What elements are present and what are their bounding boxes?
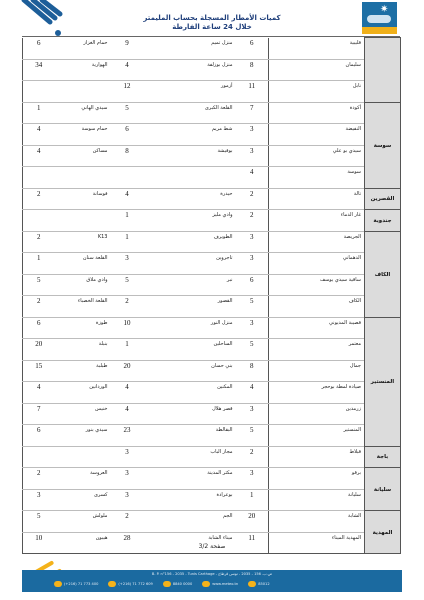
station-name-cell: سوسة (269, 167, 365, 189)
station-name-cell: تالة (269, 188, 365, 210)
station-name-cell: الهوارية (55, 59, 111, 81)
rainfall-value-cell (23, 446, 55, 468)
web-icon (202, 581, 210, 587)
table-row: سوسةأكودة7القلعة الكبرى5سيدي الهاني1 (23, 102, 401, 124)
station-name-cell: مكثر المدينة (144, 468, 236, 490)
rainfall-value-cell: 15 (23, 360, 55, 382)
station-name-cell: النفيضة (269, 124, 365, 146)
rainfall-value-cell: 4 (236, 382, 269, 404)
station-name-cell: قبلاط (269, 446, 365, 468)
station-name-cell: مجاز الباب (144, 446, 236, 468)
rainfall-value-cell: 3 (236, 145, 269, 167)
rainfall-value-cell (23, 81, 55, 103)
region-cell: المنستير (365, 317, 401, 446)
station-name-cell: نابل (269, 81, 365, 103)
rainfall-value-cell: 1 (236, 489, 269, 511)
page-footer: B. P. n°156 - 2035 - Tunis Carthage - ص.… (22, 570, 402, 592)
rainfall-value-cell: 3 (111, 253, 144, 275)
station-name-cell: ساقية سيدي يوسف (269, 274, 365, 296)
station-name-cell: الدهماني (269, 253, 365, 275)
rainfall-value-cell: 4 (23, 124, 55, 146)
rainfall-value-cell: 3 (236, 403, 269, 425)
station-name-cell: قصيبة المديوني (269, 317, 365, 339)
contact-fax: (+216) 71 772 609 (108, 581, 152, 587)
rainfall-value-cell: 1 (23, 253, 55, 275)
station-name-cell: قليبية (269, 38, 365, 60)
rainfall-value-cell: 8 (236, 59, 269, 81)
rainfall-value-cell: 8 (236, 360, 269, 382)
station-name-cell: القلعة الكبرى (144, 102, 236, 124)
rainfall-value-cell: 2 (236, 210, 269, 232)
station-name-cell: الجريصة (269, 231, 365, 253)
rainfall-value-cell: 3 (111, 446, 144, 468)
rainfall-value-cell: 7 (236, 102, 269, 124)
page-header: كميات الأمطار المسجلة بحساب المليمتر خلا… (0, 0, 424, 38)
contact-web[interactable]: www.meteo.tn (202, 581, 238, 587)
rainfall-value-cell: 5 (236, 296, 269, 318)
rainfall-value-cell: 3 (236, 317, 269, 339)
rainfall-value-cell: 6 (111, 124, 144, 146)
rainfall-value-cell: 5 (23, 511, 55, 533)
rainfall-value-cell: 3 (236, 231, 269, 253)
contact-sms: 85012 (248, 581, 269, 587)
region-cell: الكاف (365, 231, 401, 317)
station-name-cell: خنيس (55, 403, 111, 425)
station-name-cell: غار الدماء (269, 210, 365, 232)
rainfall-value-cell (23, 210, 55, 232)
call-center-icon (163, 581, 171, 587)
station-name-cell: طوزة (55, 317, 111, 339)
rainfall-value-cell: 3 (236, 468, 269, 490)
rainfall-value-cell: 3 (236, 253, 269, 275)
station-name-cell: القصور (144, 296, 236, 318)
fax-icon (108, 581, 116, 587)
sms-icon (248, 581, 256, 587)
rainfall-value-cell: 5 (111, 102, 144, 124)
rainfall-value-cell: 2 (111, 296, 144, 318)
footer-address: B. P. n°156 - 2035 - Tunis Carthage - ص.… (22, 572, 402, 576)
table-row: جندوبةغار الدماء2وادي مليز1 (23, 210, 401, 232)
station-name-cell: مساكن (55, 145, 111, 167)
station-name-cell: زرمدين (269, 403, 365, 425)
rainfall-value-cell: 4 (111, 59, 144, 81)
station-name-cell: تاجروين (144, 253, 236, 275)
station-name-cell: القلعة سنان (55, 253, 111, 275)
table-row: القصرينتالة2حيدرة4فوسانة2 (23, 188, 401, 210)
station-name-cell: القلعة الخصباء (55, 296, 111, 318)
rainfall-value-cell: 9 (111, 38, 144, 60)
rainfall-value-cell: 6 (236, 274, 269, 296)
station-name-cell: قصر هلال (144, 403, 236, 425)
station-name-cell: بني حسان (144, 360, 236, 382)
station-name-cell: العروسة (55, 468, 111, 490)
station-name-cell: وادي ملاق (55, 274, 111, 296)
station-name-cell: حمام الغزاز (55, 38, 111, 60)
rainfall-value-cell: 20 (236, 511, 269, 533)
rainfall-value-cell: 6 (23, 38, 55, 60)
station-name-cell (144, 167, 236, 189)
station-name-cell: سليمان (269, 59, 365, 81)
table-row: المنستيرقصيبة المديوني3منزل النور10طوزة6 (23, 317, 401, 339)
station-name-cell: وادي مليز (144, 210, 236, 232)
station-name-cell: الجم (144, 511, 236, 533)
rainfall-value-cell: 5 (111, 274, 144, 296)
rainfall-value-cell: 11 (236, 81, 269, 103)
station-name-cell: الكاف (269, 296, 365, 318)
table-row: نابل11أزمور12 (23, 81, 401, 103)
station-name-cell: حمام سوسة (55, 124, 111, 146)
station-name-cell: شط مريم (144, 124, 236, 146)
station-name-cell: البقالطة (144, 425, 236, 447)
rainfall-value-cell: 12 (111, 81, 144, 103)
table-row: النفيضة3شط مريم6حمام سوسة4 (23, 124, 401, 146)
rainfall-value-cell: 6 (23, 425, 55, 447)
station-name-cell: سيدي الهاني (55, 102, 111, 124)
contact-phone: (+216) 71 773 400 (54, 581, 98, 587)
station-name-cell: الوردانين (55, 382, 111, 404)
station-name-cell: K13 (55, 231, 111, 253)
rainfall-value-cell: 1 (111, 339, 144, 361)
star-icon: ✷ (380, 5, 388, 15)
rainfall-value-cell: 1 (111, 210, 144, 232)
table-row: سليانة1بوعرادة3كسرى3 (23, 489, 401, 511)
station-name-cell: نبر (144, 274, 236, 296)
table-row: قليبية6منزل تميم9حمام الغزاز6 (23, 38, 401, 60)
rainfall-value-cell: 2 (236, 446, 269, 468)
table-row: سوسة4 (23, 167, 401, 189)
rainfall-value-cell: 2 (23, 468, 55, 490)
rainfall-value-cell: 34 (23, 59, 55, 81)
rainfall-value-cell: 3 (23, 489, 55, 511)
rainfall-value-cell: 3 (111, 489, 144, 511)
station-name-cell: الساحلين (144, 339, 236, 361)
rainfall-value-cell: 23 (111, 425, 144, 447)
table-row: ساقية سيدي يوسف6نبر5وادي ملاق5 (23, 274, 401, 296)
rainfall-value-cell: 5 (236, 339, 269, 361)
logo-band (362, 27, 397, 34)
table-row: سيدي بو علي3بوفيشة8مساكن4 (23, 145, 401, 167)
station-name-cell: سيدي بو علي (269, 145, 365, 167)
rainfall-value-cell: 1 (23, 102, 55, 124)
contact-sms-text: 85012 (258, 582, 269, 586)
rainfall-value-cell: 1 (111, 231, 144, 253)
table-row: الدهماني3تاجروين3القلعة سنان1 (23, 253, 401, 275)
station-name-cell: المكنين (144, 382, 236, 404)
table-row: صيادة لمطة بوحجر4المكنين4الوردانين4 (23, 382, 401, 404)
station-name-cell: منزل النور (144, 317, 236, 339)
region-cell: القصرين (365, 188, 401, 210)
station-name-cell: فوسانة (55, 188, 111, 210)
rainfall-value-cell: 6 (23, 317, 55, 339)
rainfall-value-cell: 4 (111, 403, 144, 425)
region-cell: باجة (365, 446, 401, 468)
table-row: باجةقبلاط2مجاز الباب3 (23, 446, 401, 468)
station-name-cell: منزل تميم (144, 38, 236, 60)
rainfall-value-cell: 2 (23, 296, 55, 318)
station-name-cell: كسرى (55, 489, 111, 511)
rainfall-value-cell: 2 (236, 188, 269, 210)
rainfall-value-cell: 4 (23, 145, 55, 167)
table-row: المنستير5البقالطة23سيدي بنور6 (23, 425, 401, 447)
station-name-cell (55, 81, 111, 103)
rainfall-value-cell (111, 167, 144, 189)
contact-call-center: 8840 0000 (163, 581, 192, 587)
rainfall-value-cell: 10 (111, 317, 144, 339)
contact-phone-text: (+216) 71 773 400 (64, 582, 98, 586)
station-name-cell: أكودة (269, 102, 365, 124)
title-line-2: خلال 24 ساعة الفارطة (0, 23, 424, 32)
rainfall-value-cell: 6 (236, 38, 269, 60)
table-row: الكافالجريصة3الطويرف1K132 (23, 231, 401, 253)
rainfall-value-cell: 8 (111, 145, 144, 167)
station-name-cell: بوعرادة (144, 489, 236, 511)
table-row: الكاف5القصور2القلعة الخصباء2 (23, 296, 401, 318)
station-name-cell (55, 210, 111, 232)
rainfall-value-cell: 5 (236, 425, 269, 447)
station-name-cell: المنستير (269, 425, 365, 447)
contact-call-center-text: 8840 0000 (173, 582, 192, 586)
station-name-cell: طبلبة (55, 360, 111, 382)
contact-web-text[interactable]: www.meteo.tn (212, 582, 238, 586)
rainfall-table: قليبية6منزل تميم9حمام الغزاز6سليمان8منزل… (22, 37, 401, 554)
station-name-cell: بوفيشة (144, 145, 236, 167)
cloud-icon (367, 15, 391, 23)
phone-icon (54, 581, 62, 587)
station-name-cell: منزل بوزلفة (144, 59, 236, 81)
region-cell (365, 38, 401, 103)
region-cell: جندوبة (365, 210, 401, 232)
rainfall-value-cell: 2 (111, 511, 144, 533)
region-cell: سوسة (365, 102, 401, 188)
station-name-cell: جمال (269, 360, 365, 382)
table-row: جمال8بني حسان20طبلبة15 (23, 360, 401, 382)
rainfall-value-cell: 20 (23, 339, 55, 361)
station-name-cell (55, 167, 111, 189)
rainfall-value-cell: 4 (111, 188, 144, 210)
station-name-cell: الشابة (269, 511, 365, 533)
station-name-cell: أزمور (144, 81, 236, 103)
rainfall-value-cell (23, 167, 55, 189)
table-row: سليانةبرقو3مكثر المدينة3العروسة2 (23, 468, 401, 490)
station-name-cell: حيدرة (144, 188, 236, 210)
rainfall-value-cell: 2 (23, 231, 55, 253)
rainfall-value-cell: 2 (23, 188, 55, 210)
table-row: المهديةالشابة20الجم2ملولش5 (23, 511, 401, 533)
contact-fax-text: (+216) 71 772 609 (118, 582, 152, 586)
station-name-cell (55, 446, 111, 468)
footer-contacts: (+216) 71 773 400 (+216) 71 772 609 8840… (54, 581, 270, 587)
station-name-cell: بنبلة (55, 339, 111, 361)
rainfall-value-cell: 3 (111, 468, 144, 490)
station-name-cell: سليانة (269, 489, 365, 511)
rainfall-value-cell: 7 (23, 403, 55, 425)
rainfall-value-cell: 4 (236, 167, 269, 189)
rainfall-value-cell: 20 (111, 360, 144, 382)
region-cell: سليانة (365, 468, 401, 511)
table-row: زرمدين3قصر هلال4خنيس7 (23, 403, 401, 425)
page-number: صفحة 3/2 (0, 543, 424, 550)
table-row: سليمان8منزل بوزلفة4الهوارية34 (23, 59, 401, 81)
title-line-1: كميات الأمطار المسجلة بحساب المليمتر (0, 14, 424, 23)
station-name-cell: برقو (269, 468, 365, 490)
table-row: معتمر5الساحلين1بنبلة20 (23, 339, 401, 361)
rainfall-value-cell: 5 (23, 274, 55, 296)
station-name-cell: الطويرف (144, 231, 236, 253)
rainfall-value-cell: 4 (23, 382, 55, 404)
rainfall-value-cell: 4 (111, 382, 144, 404)
station-name-cell: سيدي بنور (55, 425, 111, 447)
page-title: كميات الأمطار المسجلة بحساب المليمتر خلا… (0, 14, 424, 32)
station-name-cell: صيادة لمطة بوحجر (269, 382, 365, 404)
station-name-cell: ملولش (55, 511, 111, 533)
rainfall-value-cell: 3 (236, 124, 269, 146)
meteo-logo: ✷ (362, 2, 397, 34)
station-name-cell: معتمر (269, 339, 365, 361)
